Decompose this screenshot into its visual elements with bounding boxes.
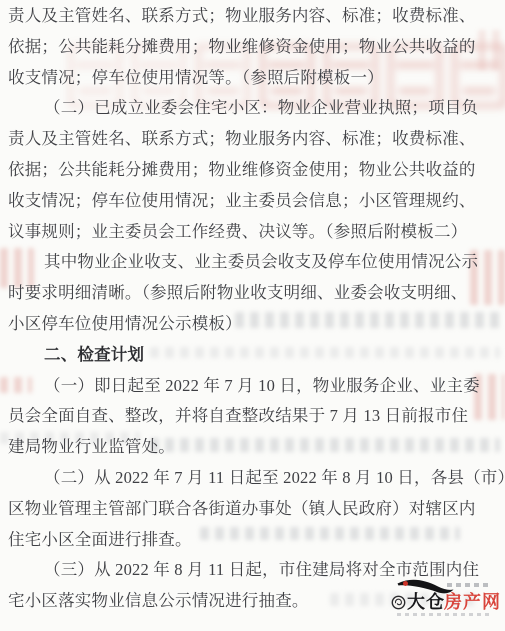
text-line: 员会全面自查、整改，并将自查整改结果于 7 月 13 日前报市住 (8, 401, 505, 432)
text-line: （二）已成立业委会住宅小区：物业企业营业执照；项目负 (8, 93, 505, 124)
text-line: 时要求明细清晰。（参照后附物业收支明细、业委会收支明细、 (8, 278, 505, 309)
scanned-document-page: 责人及主管姓名、联系方式；物业服务内容、标准；收费标准、依据；公共能耗分摊费用；… (0, 0, 505, 631)
text-line: 依据；公共能耗分摊费用；物业维修资金使用；物业公共收益的 (8, 155, 505, 186)
text-line: 宅小区落实物业信息公示情况进行抽查。 (8, 586, 505, 617)
text-line: 责人及主管姓名、联系方式；物业服务内容、标准；收费标准、 (8, 124, 505, 155)
text-line: （一）即日起至 2022 年 7 月 10 日，物业服务企业、业主委 (8, 371, 505, 402)
text-line: 责人及主管姓名、联系方式；物业服务内容、标准；收费标准、 (8, 1, 505, 32)
text-line: 收支情况；停车位使用情况等。（参照后附模板一） (8, 63, 505, 94)
text-line: 其中物业企业收支、业主委员会收支及停车位使用情况公示 (8, 247, 505, 278)
text-line: 建局物业行业监管处。 (8, 432, 505, 463)
text-line: 依据；公共能耗分摊费用；物业维修资金使用；物业公共收益的 (8, 32, 505, 63)
text-line: 收支情况；停车位使用情况；业主委员会信息；小区管理规约、 (8, 186, 505, 217)
text-line: 议事规则；业主委员会工作经费、决议等。（参照后附模板二） (8, 217, 505, 248)
text-line: 住宅小区全面进行排查。 (8, 525, 505, 556)
text-line: 小区停车位使用情况公示模板） (8, 309, 505, 340)
text-line: （三）从 2022 年 8 月 11 日起，市住建局将对全市范围内住 (8, 555, 505, 586)
text-line: （二）从 2022 年 7 月 11 日起至 2022 年 8 月 10 日，各… (8, 463, 505, 494)
document-body: 责人及主管姓名、联系方式；物业服务内容、标准；收费标准、依据；公共能耗分摊费用；… (8, 1, 505, 617)
text-line: 区物业管理主管部门联合各街道办事处（镇人民政府）对辖区内 (8, 494, 505, 525)
text-line: 二、检查计划 (8, 340, 505, 371)
